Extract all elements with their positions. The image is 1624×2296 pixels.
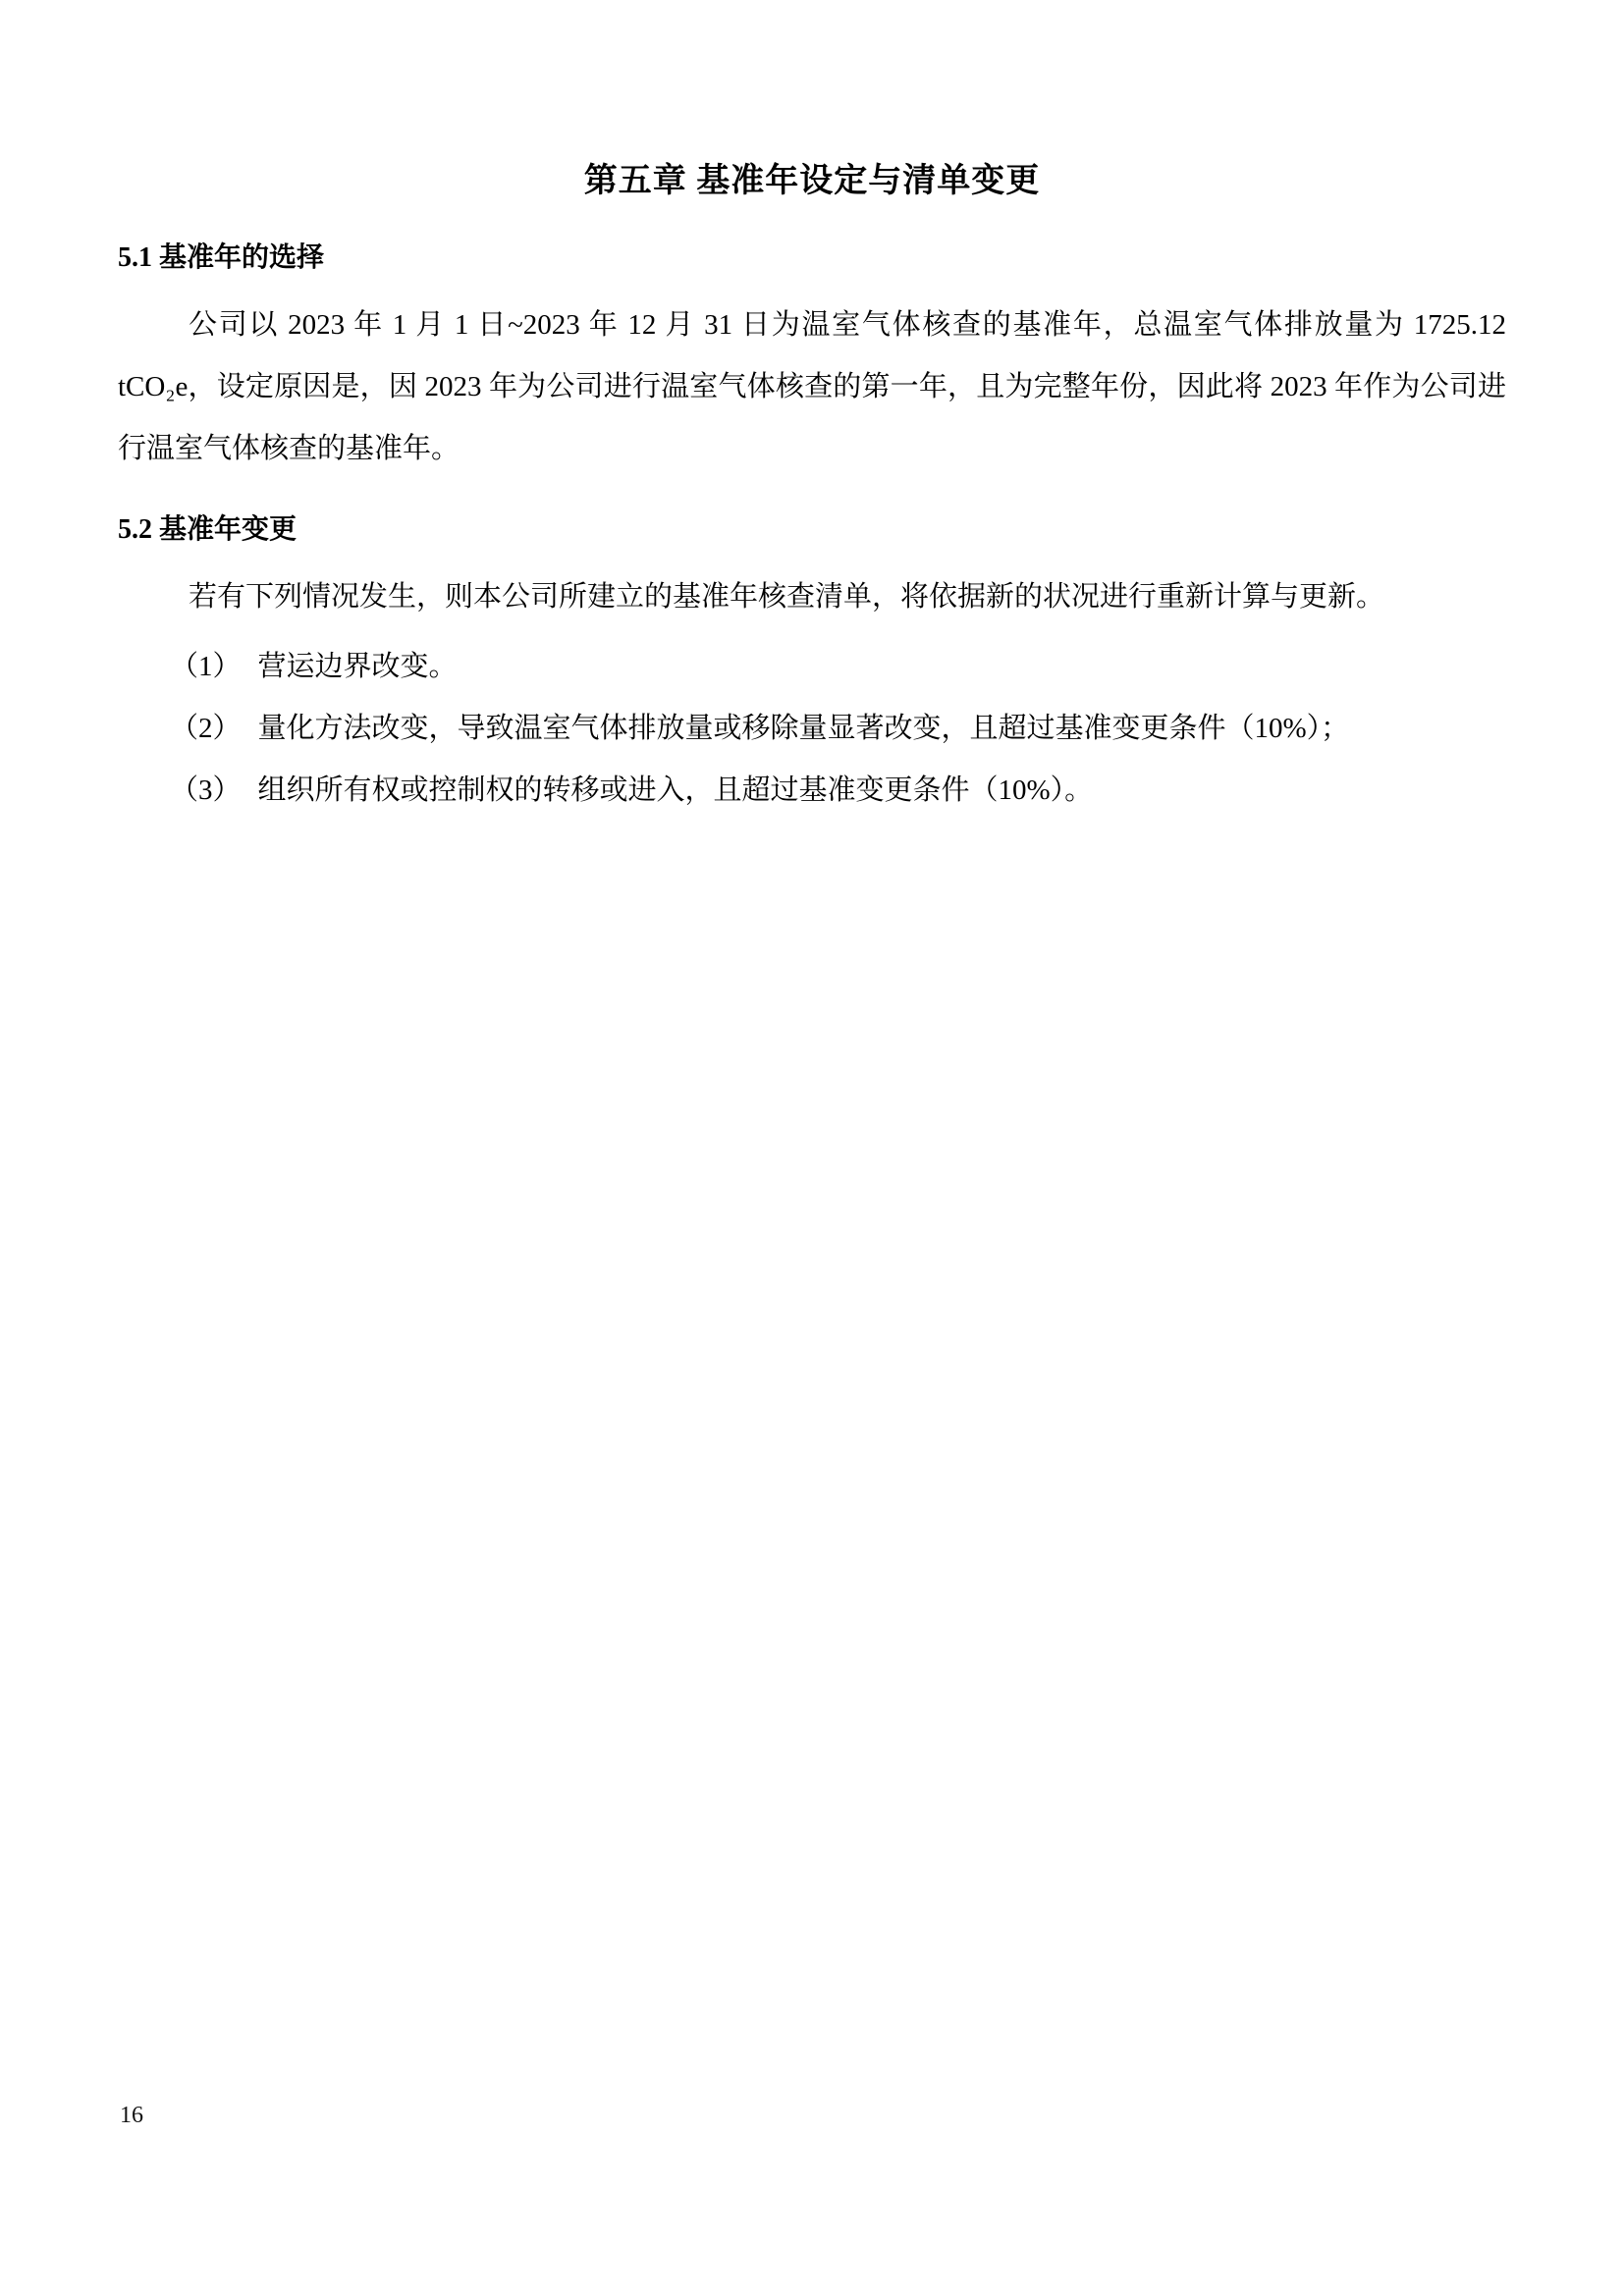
document-content: 第五章 基准年设定与清单变更 5.1 基准年的选择 公司以 2023 年 1 月… <box>0 155 1624 822</box>
chapter-title: 第五章 基准年设定与清单变更 <box>118 155 1506 208</box>
list-item: （3） 组织所有权或控制权的转移或进入，且超过基准变更条件（10%）。 <box>118 760 1506 822</box>
list-item-marker: （2） <box>170 698 242 760</box>
document-page: 第五章 基准年设定与清单变更 5.1 基准年的选择 公司以 2023 年 1 月… <box>0 0 1624 2296</box>
list-item-text: 量化方法改变，导致温室气体排放量或移除量显著改变，且超过基准变更条件（10%）； <box>258 698 1506 760</box>
page-number: 16 <box>120 2101 143 2130</box>
paragraph-base-year-change: 若有下列情况发生，则本公司所建立的基准年核查清单，将依据新的状况进行重新计算与更… <box>118 566 1506 628</box>
list-item-text: 组织所有权或控制权的转移或进入，且超过基准变更条件（10%）。 <box>258 760 1506 822</box>
list-item: （1） 营运边界改变。 <box>118 636 1506 698</box>
list-item-marker: （1） <box>170 636 242 698</box>
paragraph-base-year-selection: 公司以 2023 年 1 月 1 日~2023 年 12 月 31 日为温室气体… <box>118 294 1506 480</box>
section-heading-5-2: 5.2 基准年变更 <box>118 506 1506 555</box>
list-item-text: 营运边界改变。 <box>258 636 1506 698</box>
section-heading-5-1: 5.1 基准年的选择 <box>118 234 1506 283</box>
list-item: （2） 量化方法改变，导致温室气体排放量或移除量显著改变，且超过基准变更条件（1… <box>118 698 1506 760</box>
base-year-change-conditions-list: （1） 营运边界改变。 （2） 量化方法改变，导致温室气体排放量或移除量显著改变… <box>118 636 1506 822</box>
list-item-marker: （3） <box>170 760 242 822</box>
